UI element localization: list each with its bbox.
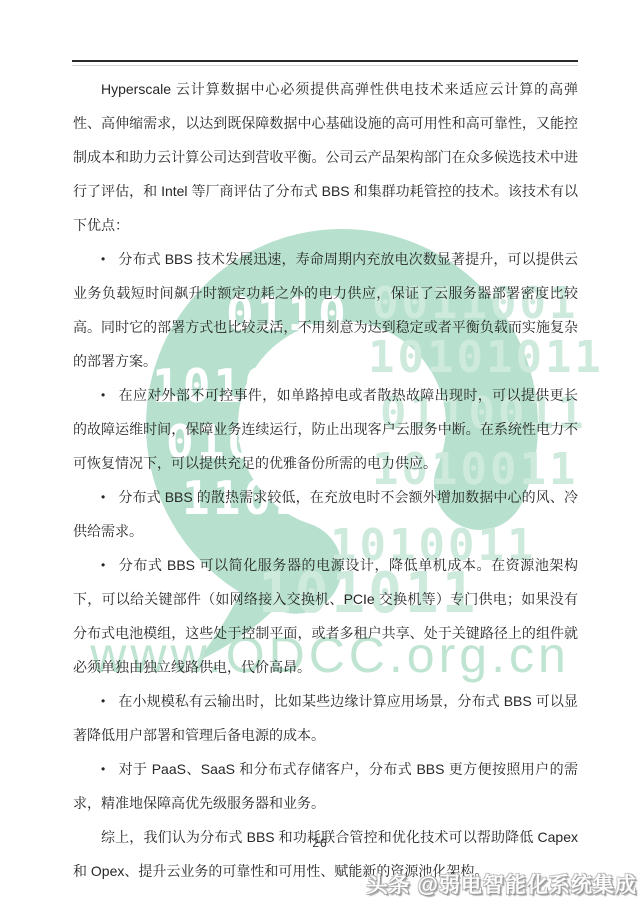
bullet-text: 在小规模私有云输出时，比如某些边缘计算应用场景，分布式 BBS 可以显著降低用户… — [73, 693, 578, 743]
paragraph-intro: Hyperscale 云计算数据中心必须提供高弹性供电技术来适应云计算的高弹性、… — [73, 72, 578, 242]
bullet-icon: • — [101, 242, 105, 276]
bullet-item-6: •对于 PaaS、SaaS 和分布式存储客户，分布式 BBS 更方便按照用户的需… — [73, 752, 578, 820]
page-number: 26 — [0, 836, 640, 850]
bullet-text: 在应对外部不可控事件，如单路掉电或者散热故障出现时，可以提供更长的故障运维时间，… — [73, 387, 578, 471]
bullet-item-4: •分布式 BBS 可以简化服务器的电源设计，降低单机成本。在资源池架构下，可以给… — [73, 548, 578, 684]
paragraph-text: Hyperscale 云计算数据中心必须提供高弹性供电技术来适应云计算的高弹性、… — [73, 81, 578, 233]
bullet-text: 对于 PaaS、SaaS 和分布式存储客户，分布式 BBS 更方便按照用户的需求… — [73, 761, 578, 811]
bullet-icon: • — [101, 684, 105, 718]
bullet-item-3: •分布式 BBS 的散热需求较低，在充放电时不会额外增加数据中心的风、冷供给需求… — [73, 480, 578, 548]
bullet-item-5: •在小规模私有云输出时，比如某些边缘计算应用场景，分布式 BBS 可以显著降低用… — [73, 684, 578, 752]
toutiao-credit-watermark: 头条 @弱电智能化系统集成 — [367, 869, 637, 899]
bullet-text: 分布式 BBS 技术发展迅速，寿命周期内充放电次数显著提升，可以提供云业务负载短… — [73, 251, 578, 369]
bullet-icon: • — [101, 752, 105, 786]
document-body: Hyperscale 云计算数据中心必须提供高弹性供电技术来适应云计算的高弹性、… — [73, 72, 578, 888]
bullet-icon: • — [101, 548, 105, 582]
bullet-text: 分布式 BBS 可以简化服务器的电源设计，降低单机成本。在资源池架构下，可以给关… — [73, 557, 578, 675]
bullet-icon: • — [101, 480, 105, 514]
header-rule — [72, 60, 578, 66]
bullet-icon: • — [101, 378, 105, 412]
bullet-item-2: •在应对外部不可控事件，如单路掉电或者散热故障出现时，可以提供更长的故障运维时间… — [73, 378, 578, 480]
bullet-text: 分布式 BBS 的散热需求较低，在充放电时不会额外增加数据中心的风、冷供给需求。 — [73, 489, 578, 539]
bullet-item-1: •分布式 BBS 技术发展迅速，寿命周期内充放电次数显著提升，可以提供云业务负载… — [73, 242, 578, 378]
document-page: 0011001 10101011 0110011 1010011 101011 … — [0, 0, 640, 905]
